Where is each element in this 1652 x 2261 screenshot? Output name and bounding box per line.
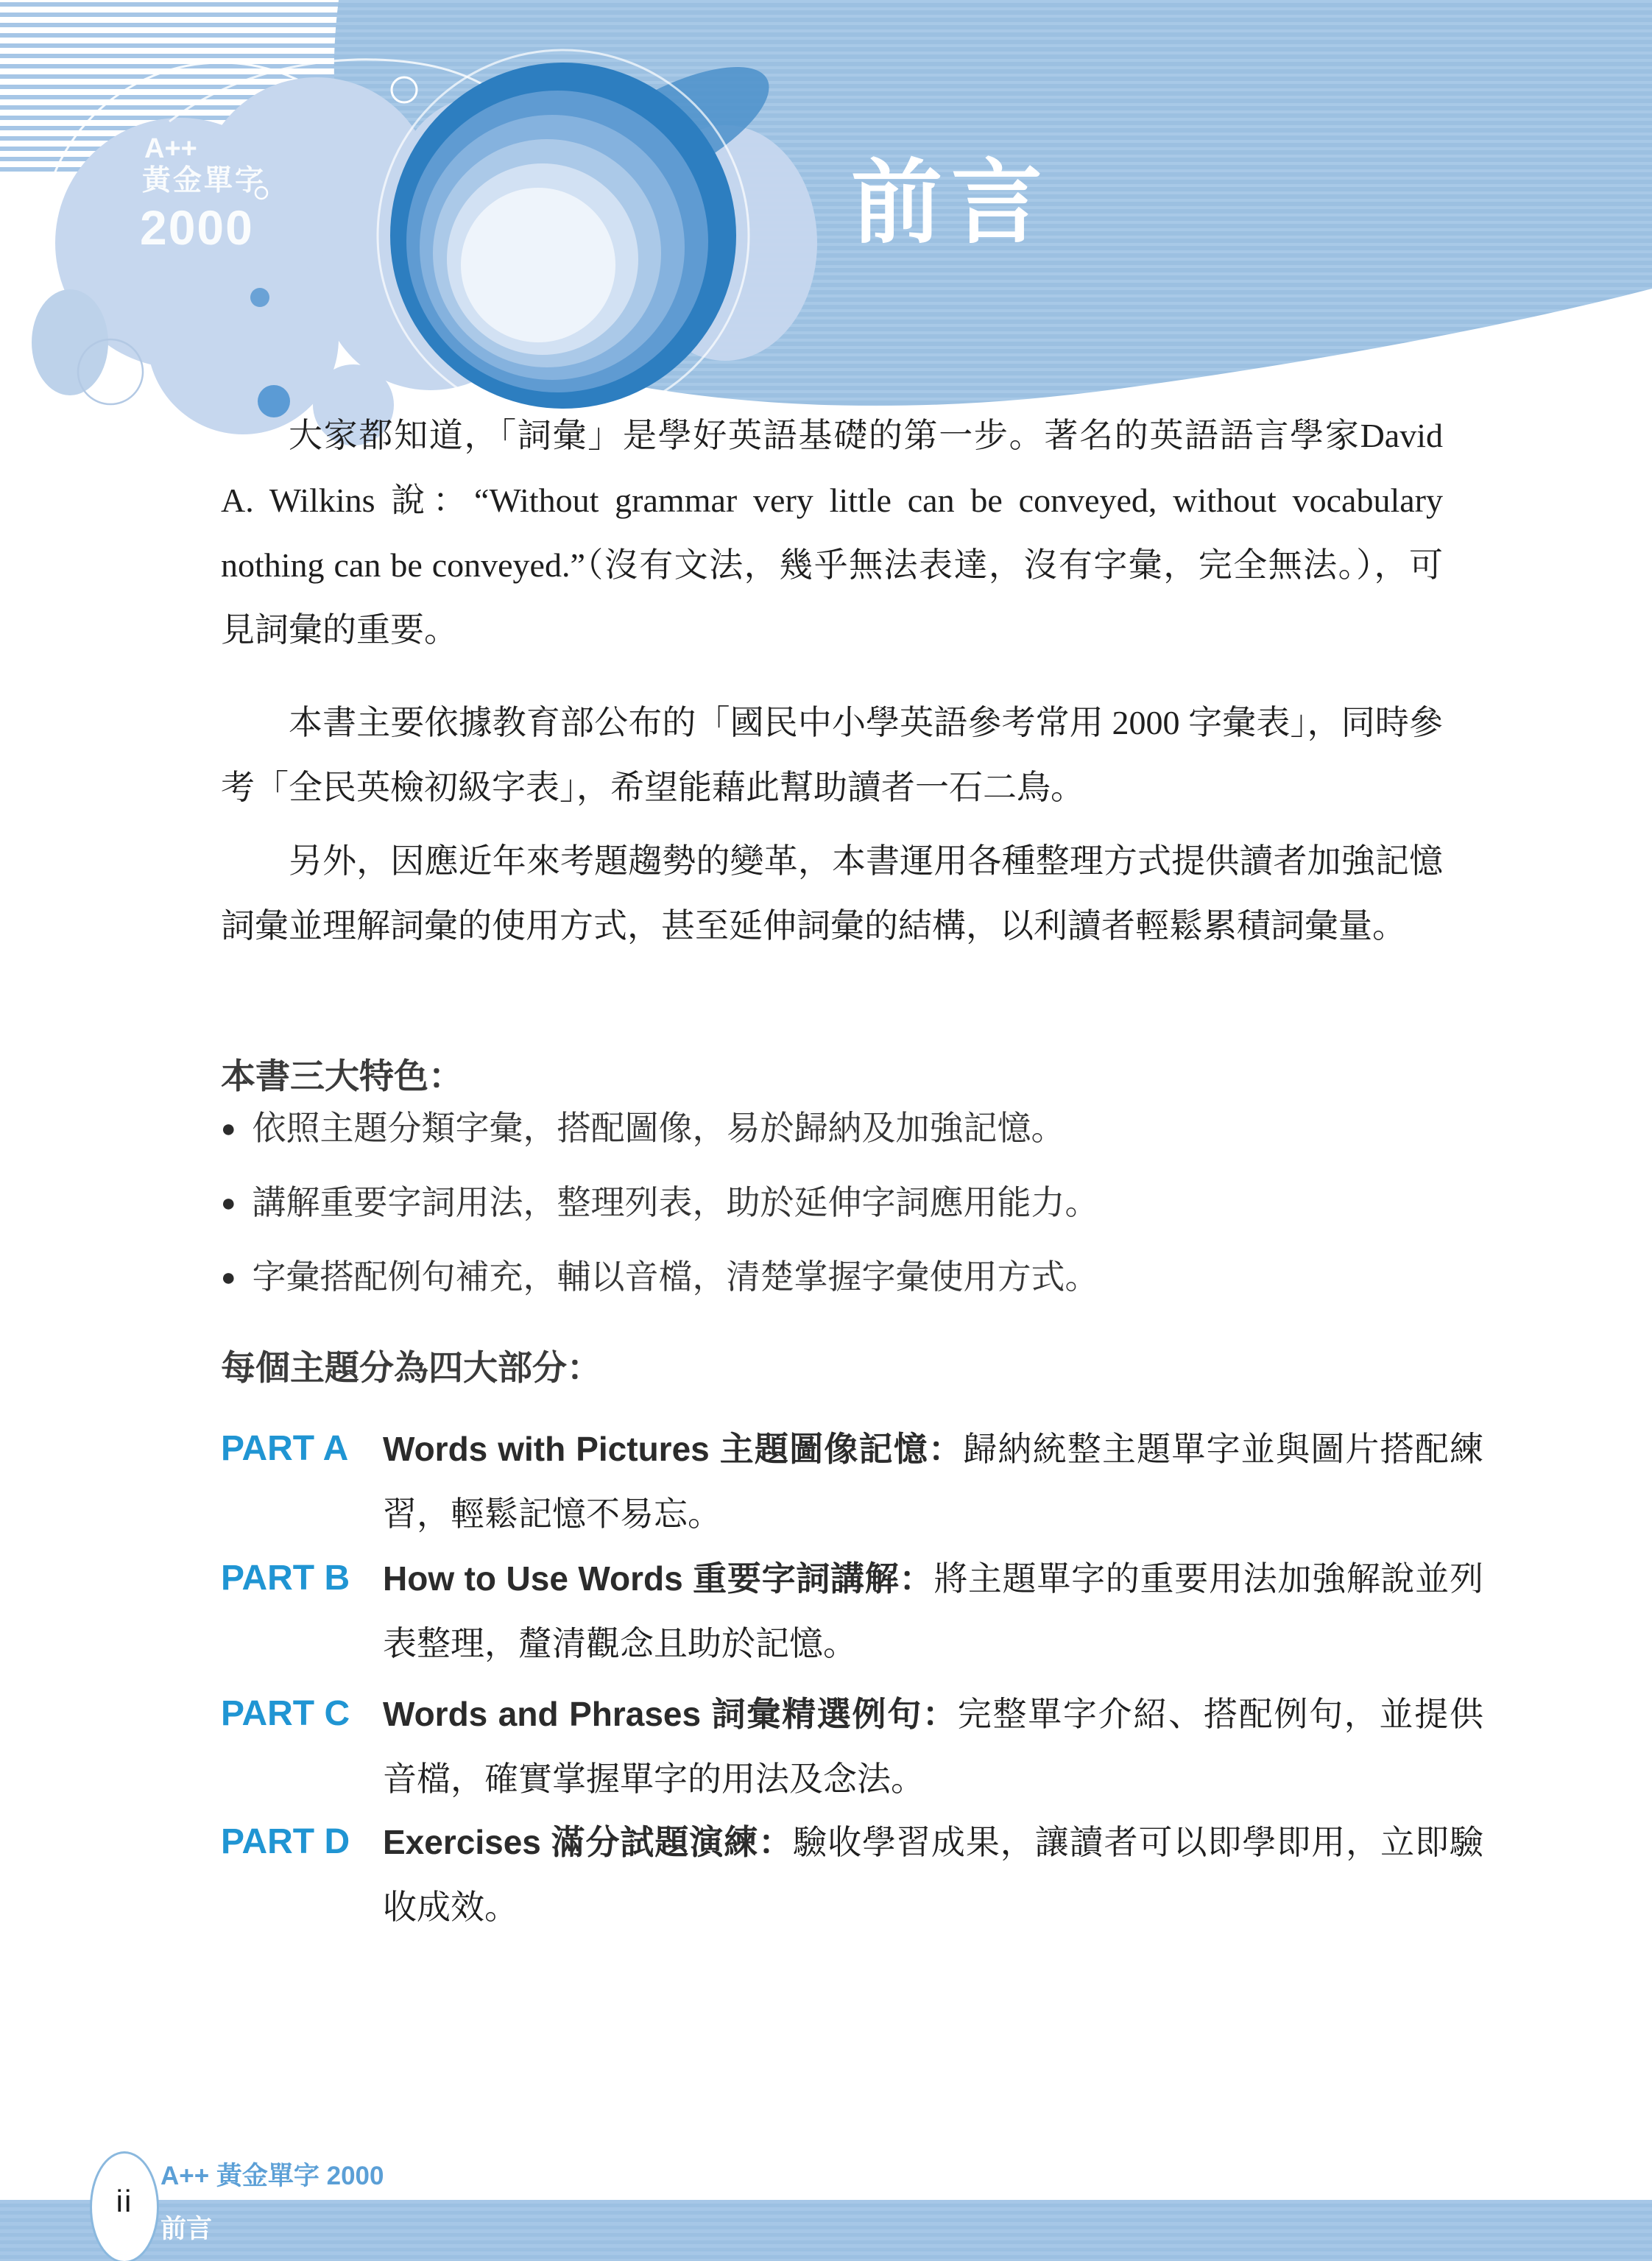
- features-heading: 本書三大特色：: [221, 1054, 1472, 1098]
- part-a-label: PART A: [221, 1417, 375, 1481]
- small-ring-decoration: [392, 77, 417, 102]
- left-open-circle: [78, 339, 143, 404]
- feature-item: ● 依照主題分類字彙，搭配圖像，易於歸納及加強記憶。: [221, 1109, 1487, 1151]
- striped-corner-decoration: [0, 0, 409, 175]
- wavy-line-decoration: [169, 60, 548, 158]
- concentric-rings-decoration: [390, 63, 736, 409]
- ring-arm-blob: [546, 41, 787, 224]
- bullet-icon: ●: [221, 1110, 236, 1149]
- logo-line2: 黃金單字: [142, 165, 266, 197]
- part-c-name: Words and Phrases 詞彙精選例句：: [383, 1695, 958, 1733]
- part-d-label: PART D: [221, 1810, 375, 1874]
- bullet-icon: ●: [221, 1184, 236, 1223]
- part-d-name: Exercises 滿分試題演練：: [383, 1823, 793, 1861]
- paragraph-sources: 本書主要依據教育部公布的「國民中小學英語參考常用 2000 字彙表」，同時參考「…: [221, 691, 1443, 820]
- feature-item: ● 字彙搭配例句補充，輔以音檔，清楚掌握字彙使用方式。: [221, 1258, 1487, 1300]
- part-b-name: How to Use Words 重要字詞講解：: [383, 1559, 933, 1598]
- feature-item: ● 講解重要字詞用法，整理列表，助於延伸字詞應用能力。: [221, 1183, 1487, 1226]
- part-c-label: PART C: [221, 1682, 375, 1746]
- part-d-body: Exercises 滿分試題演練：驗收學習成果，讓讀者可以即學即用，立即驗收成效…: [383, 1810, 1483, 1940]
- logo-blob-cluster: [55, 77, 574, 445]
- header-blue-wave: [334, 0, 1652, 406]
- pale-extension-blob: [633, 125, 817, 361]
- part-a-body: Words with Pictures 主題圖像記憶：歸納統整主題單字並與圖片搭…: [383, 1417, 1483, 1547]
- footer-book-title: A++ 黃金單字 2000: [160, 2156, 384, 2193]
- paragraph-approach: 另外，因應近年來考題趨勢的變革，本書運用各種整理方式提供讀者加強記憶詞彙並理解詞…: [221, 829, 1443, 959]
- left-pale-ellipse: [32, 289, 108, 395]
- ring-outline: [378, 50, 749, 421]
- parts-heading: 每個主題分為四大部分：: [221, 1346, 1472, 1390]
- bullet-icon: ●: [221, 1258, 236, 1297]
- features-list: ● 依照主題分類字彙，搭配圖像，易於歸納及加強記憶。 ● 講解重要字詞用法，整理…: [221, 1109, 1487, 1332]
- part-b-label: PART B: [221, 1546, 375, 1611]
- feature-text: 講解重要字詞用法，整理列表，助於延伸字詞應用能力。: [253, 1183, 1099, 1222]
- footer-band: [0, 2200, 1652, 2261]
- feature-text: 字彙搭配例句補充，輔以音檔，清楚掌握字彙使用方式。: [253, 1258, 1099, 1297]
- part-b-body: How to Use Words 重要字詞講解：將主題單字的重要用法加強解說並列…: [383, 1546, 1483, 1676]
- footer-page-bubble: ii: [90, 2151, 159, 2261]
- header-banner: A++ 黃金單字 2000 前言: [0, 0, 1652, 471]
- part-c-body: Words and Phrases 詞彙精選例句：完整單字介紹、搭配例句，並提供…: [383, 1682, 1483, 1812]
- part-a-name: Words with Pictures 主題圖像記憶：: [383, 1430, 963, 1468]
- logo: A++ 黃金單字 2000: [140, 133, 266, 255]
- logo-line1: A++: [144, 133, 197, 164]
- feature-text: 依照主題分類字彙，搭配圖像，易於歸納及加強記憶。: [253, 1109, 1065, 1148]
- page-title: 前言: [851, 152, 1051, 254]
- paragraph-intro: 大家都知道，「詞彙」是學好英語基礎的第一步。著名的英語語言學家David A. …: [221, 403, 1443, 663]
- outline-circle-decoration: [40, 63, 401, 423]
- faint-ellipse-decoration: [504, 68, 562, 188]
- logo-line3: 2000: [140, 200, 254, 255]
- book-preface-page: { "logo": { "line1": "A++", "line2": "黃金…: [0, 0, 1652, 2261]
- footer-section-label: 前言: [160, 2209, 212, 2246]
- tiny-ring-decoration: [255, 187, 267, 199]
- footer-page-number: ii: [116, 2184, 133, 2219]
- small-dot-decoration: [250, 288, 269, 307]
